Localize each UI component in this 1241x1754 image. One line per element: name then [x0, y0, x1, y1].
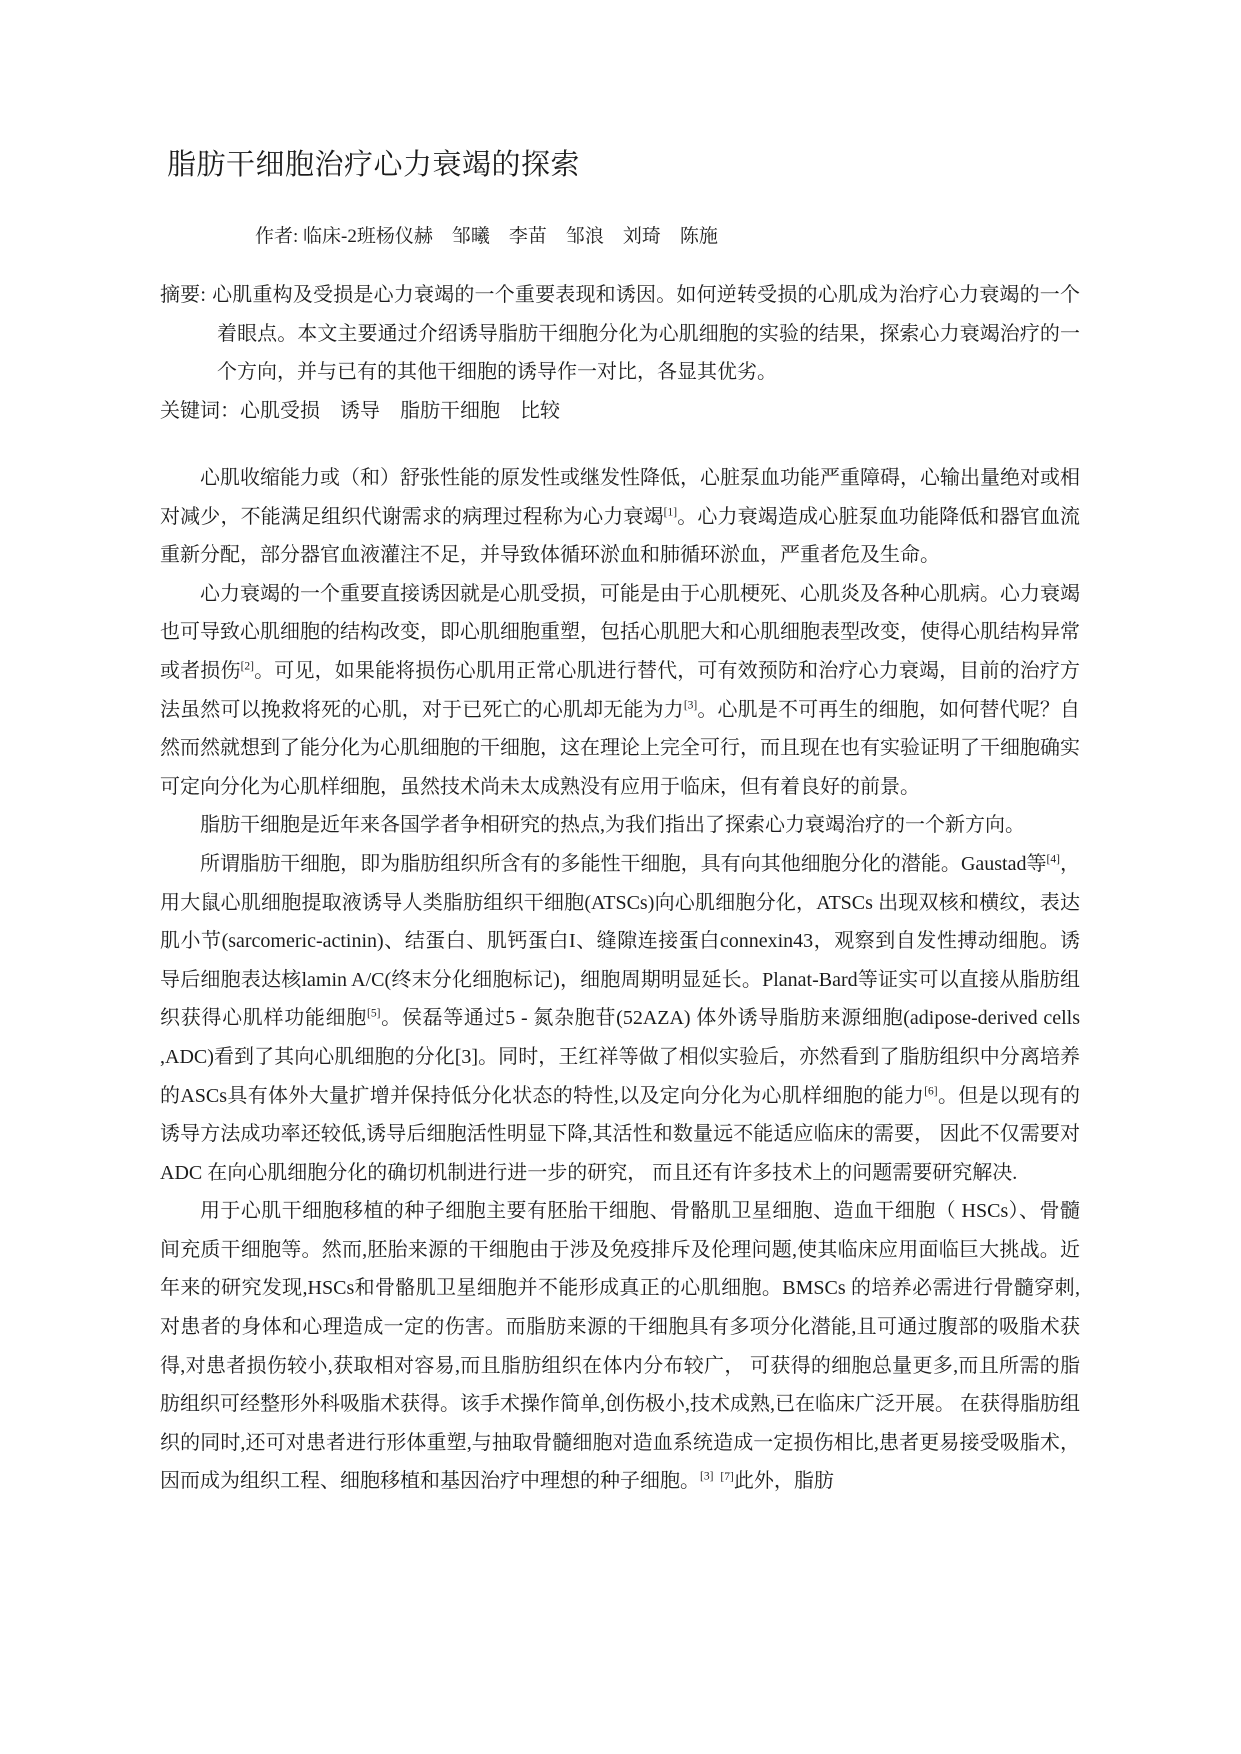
paragraph-4-text: 所谓脂肪干细胞，即为脂肪组织所含有的多能性干细胞，具有向其他细胞分化的潜能。Ga…	[200, 853, 1047, 875]
paragraph-3-text: 脂肪干细胞是近年来各国学者争相研究的热点,为我们指出了探索心力衰竭治疗的一个新方…	[200, 814, 1025, 836]
citation-ref-6: [6]	[924, 1085, 937, 1097]
citation-ref-3b: [3]	[700, 1471, 713, 1483]
body-text: 心肌收缩能力或（和）舒张性能的原发性或继发性降低，心脏泵血功能严重障碍，心输出量…	[160, 459, 1080, 1501]
paragraph-4-text: ，用大鼠心肌细胞提取液诱导人类脂肪组织干细胞(ATSCs)向心肌细胞分化，ATS…	[160, 853, 1080, 1029]
abstract-text: 心肌重构及受损是心力衰竭的一个重要表现和诱因。如何逆转受损的心肌成为治疗心力衰竭…	[212, 284, 1080, 383]
author-line: 作者: 临床-2班杨仪赫 邹曦 李苗 邹浪 刘琦 陈施	[160, 223, 1080, 251]
document-title: 脂肪干细胞治疗心力衰竭的探索	[160, 143, 1080, 187]
paragraph-5-text: 用于心肌干细胞移植的种子细胞主要有胚胎干细胞、骨骼肌卫星细胞、造血干细胞（ HS…	[160, 1200, 1080, 1492]
citation-ref-1: [1]	[664, 506, 677, 518]
abstract-section: 摘要:心肌重构及受损是心力衰竭的一个重要表现和诱因。如何逆转受损的心肌成为治疗心…	[160, 276, 1080, 392]
citation-ref-2: [2]	[241, 660, 254, 672]
citation-ref-5: [5]	[367, 1008, 380, 1020]
paragraph-4: 所谓脂肪干细胞，即为脂肪组织所含有的多能性干细胞，具有向其他细胞分化的潜能。Ga…	[160, 845, 1080, 1192]
citation-ref-3: [3]	[684, 699, 697, 711]
paragraph-1: 心肌收缩能力或（和）舒张性能的原发性或继发性降低，心脏泵血功能严重障碍，心输出量…	[160, 459, 1080, 575]
document-page: 脂肪干细胞治疗心力衰竭的探索 作者: 临床-2班杨仪赫 邹曦 李苗 邹浪 刘琦 …	[0, 0, 1241, 1754]
citation-ref-7: [7]	[720, 1471, 733, 1483]
keywords-line: 关键词：心肌受损 诱导 脂肪干细胞 比较	[160, 392, 1080, 431]
paragraph-3: 脂肪干细胞是近年来各国学者争相研究的热点,为我们指出了探索心力衰竭治疗的一个新方…	[160, 806, 1080, 845]
citation-ref-4: [4]	[1047, 853, 1060, 865]
paragraph-2: 心力衰竭的一个重要直接诱因就是心肌受损，可能是由于心肌梗死、心肌炎及各种心肌病。…	[160, 575, 1080, 807]
paragraph-5: 用于心肌干细胞移植的种子细胞主要有胚胎干细胞、骨骼肌卫星细胞、造血干细胞（ HS…	[160, 1192, 1080, 1501]
paragraph-5-text: 此外，脂肪	[734, 1470, 834, 1492]
abstract-label: 摘要:	[160, 284, 212, 306]
